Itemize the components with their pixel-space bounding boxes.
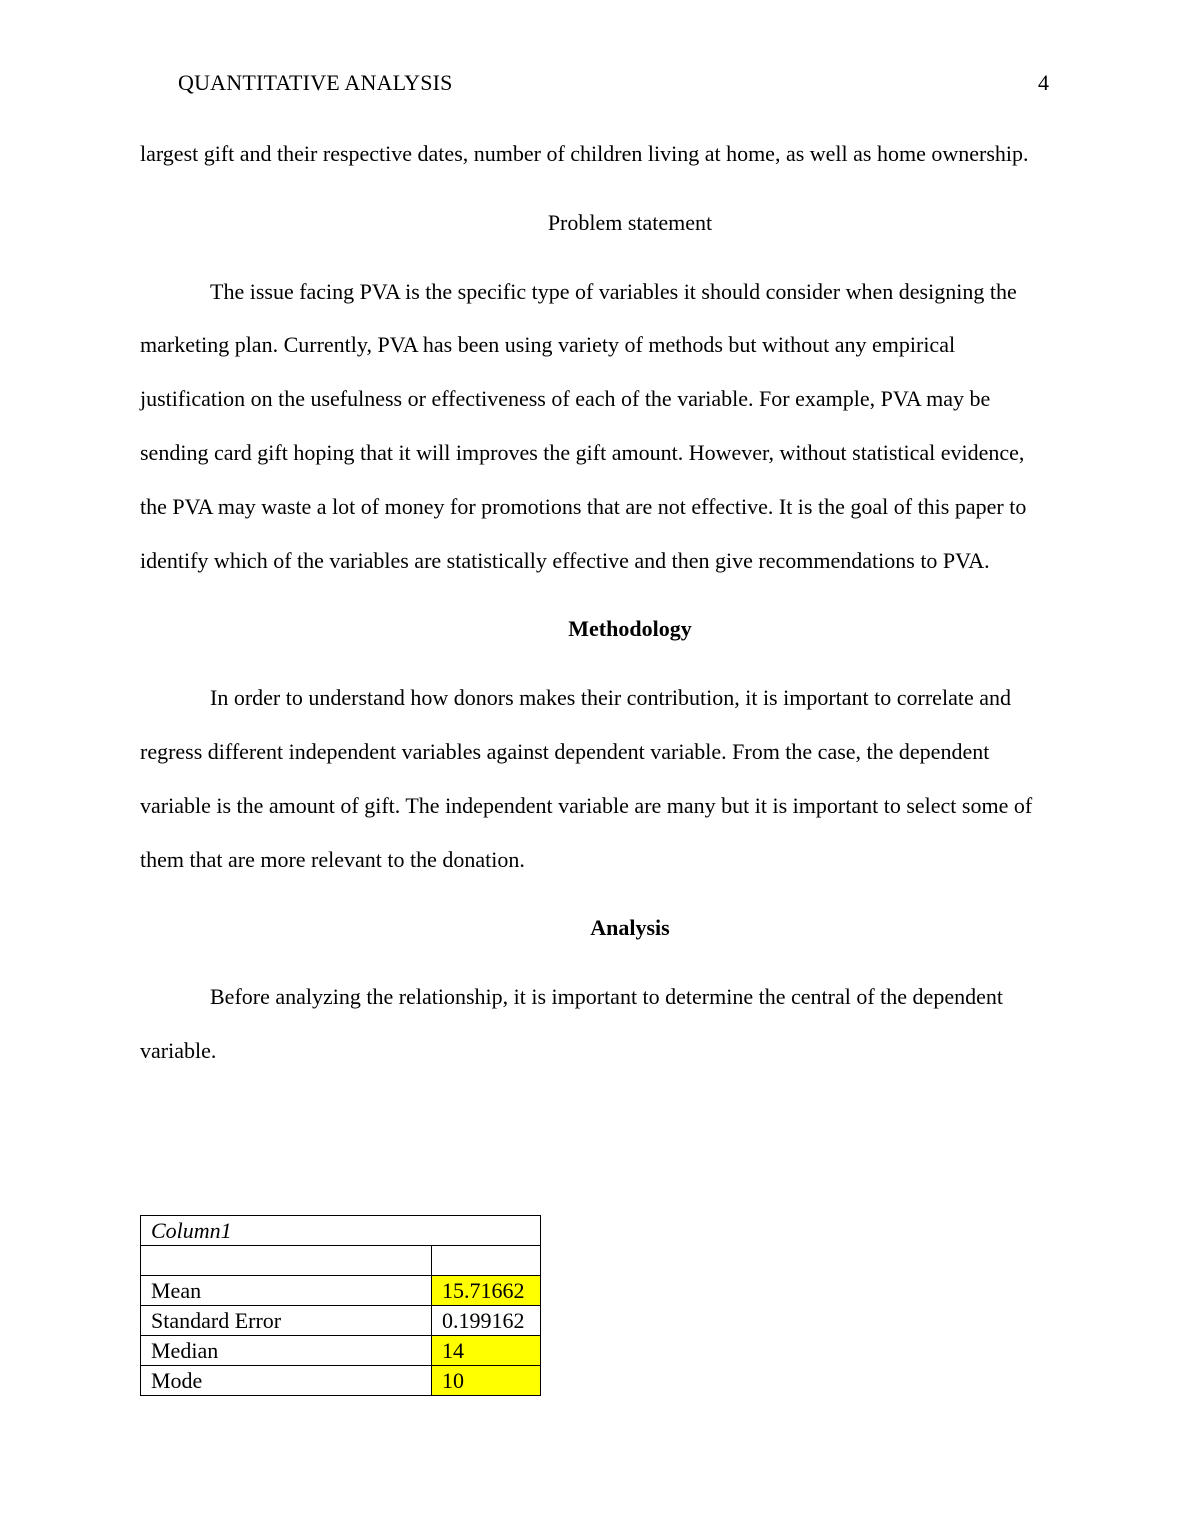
table-row: Median14 <box>141 1336 541 1366</box>
descriptive-stats-table: Column1 Mean15.71662Standard Error0.1991… <box>140 1215 541 1396</box>
document-body: largest gift and their respective dates,… <box>140 127 1052 1078</box>
heading-analysis: Analysis <box>140 901 1052 955</box>
stat-value: 15.71662 <box>432 1276 541 1306</box>
stat-label: Standard Error <box>141 1306 432 1336</box>
document-page: QUANTITATIVE ANALYSIS 4 largest gift and… <box>0 0 1190 1540</box>
page-number: 4 <box>1038 70 1049 96</box>
table-title: Column1 <box>141 1216 541 1246</box>
paragraph-intro-continued: largest gift and their respective dates,… <box>140 127 1052 181</box>
table-blank-row <box>141 1246 541 1276</box>
stat-label: Mode <box>141 1366 432 1396</box>
stat-label: Median <box>141 1336 432 1366</box>
stat-label: Mean <box>141 1276 432 1306</box>
table-row: Mean15.71662 <box>141 1276 541 1306</box>
stat-value: 14 <box>432 1336 541 1366</box>
heading-problem-statement: Problem statement <box>140 196 1052 250</box>
stat-value: 0.199162 <box>432 1306 541 1336</box>
running-head: QUANTITATIVE ANALYSIS <box>178 70 453 96</box>
table-row: Mode10 <box>141 1366 541 1396</box>
table-cell <box>432 1246 541 1276</box>
paragraph-methodology: In order to understand how donors makes … <box>140 671 1052 886</box>
paragraph-problem-statement: The issue facing PVA is the specific typ… <box>140 265 1052 588</box>
stat-value: 10 <box>432 1366 541 1396</box>
table-cell <box>141 1246 432 1276</box>
table-title-row: Column1 <box>141 1216 541 1246</box>
table-row: Standard Error0.199162 <box>141 1306 541 1336</box>
heading-methodology: Methodology <box>140 602 1052 656</box>
paragraph-analysis: Before analyzing the relationship, it is… <box>140 970 1052 1078</box>
